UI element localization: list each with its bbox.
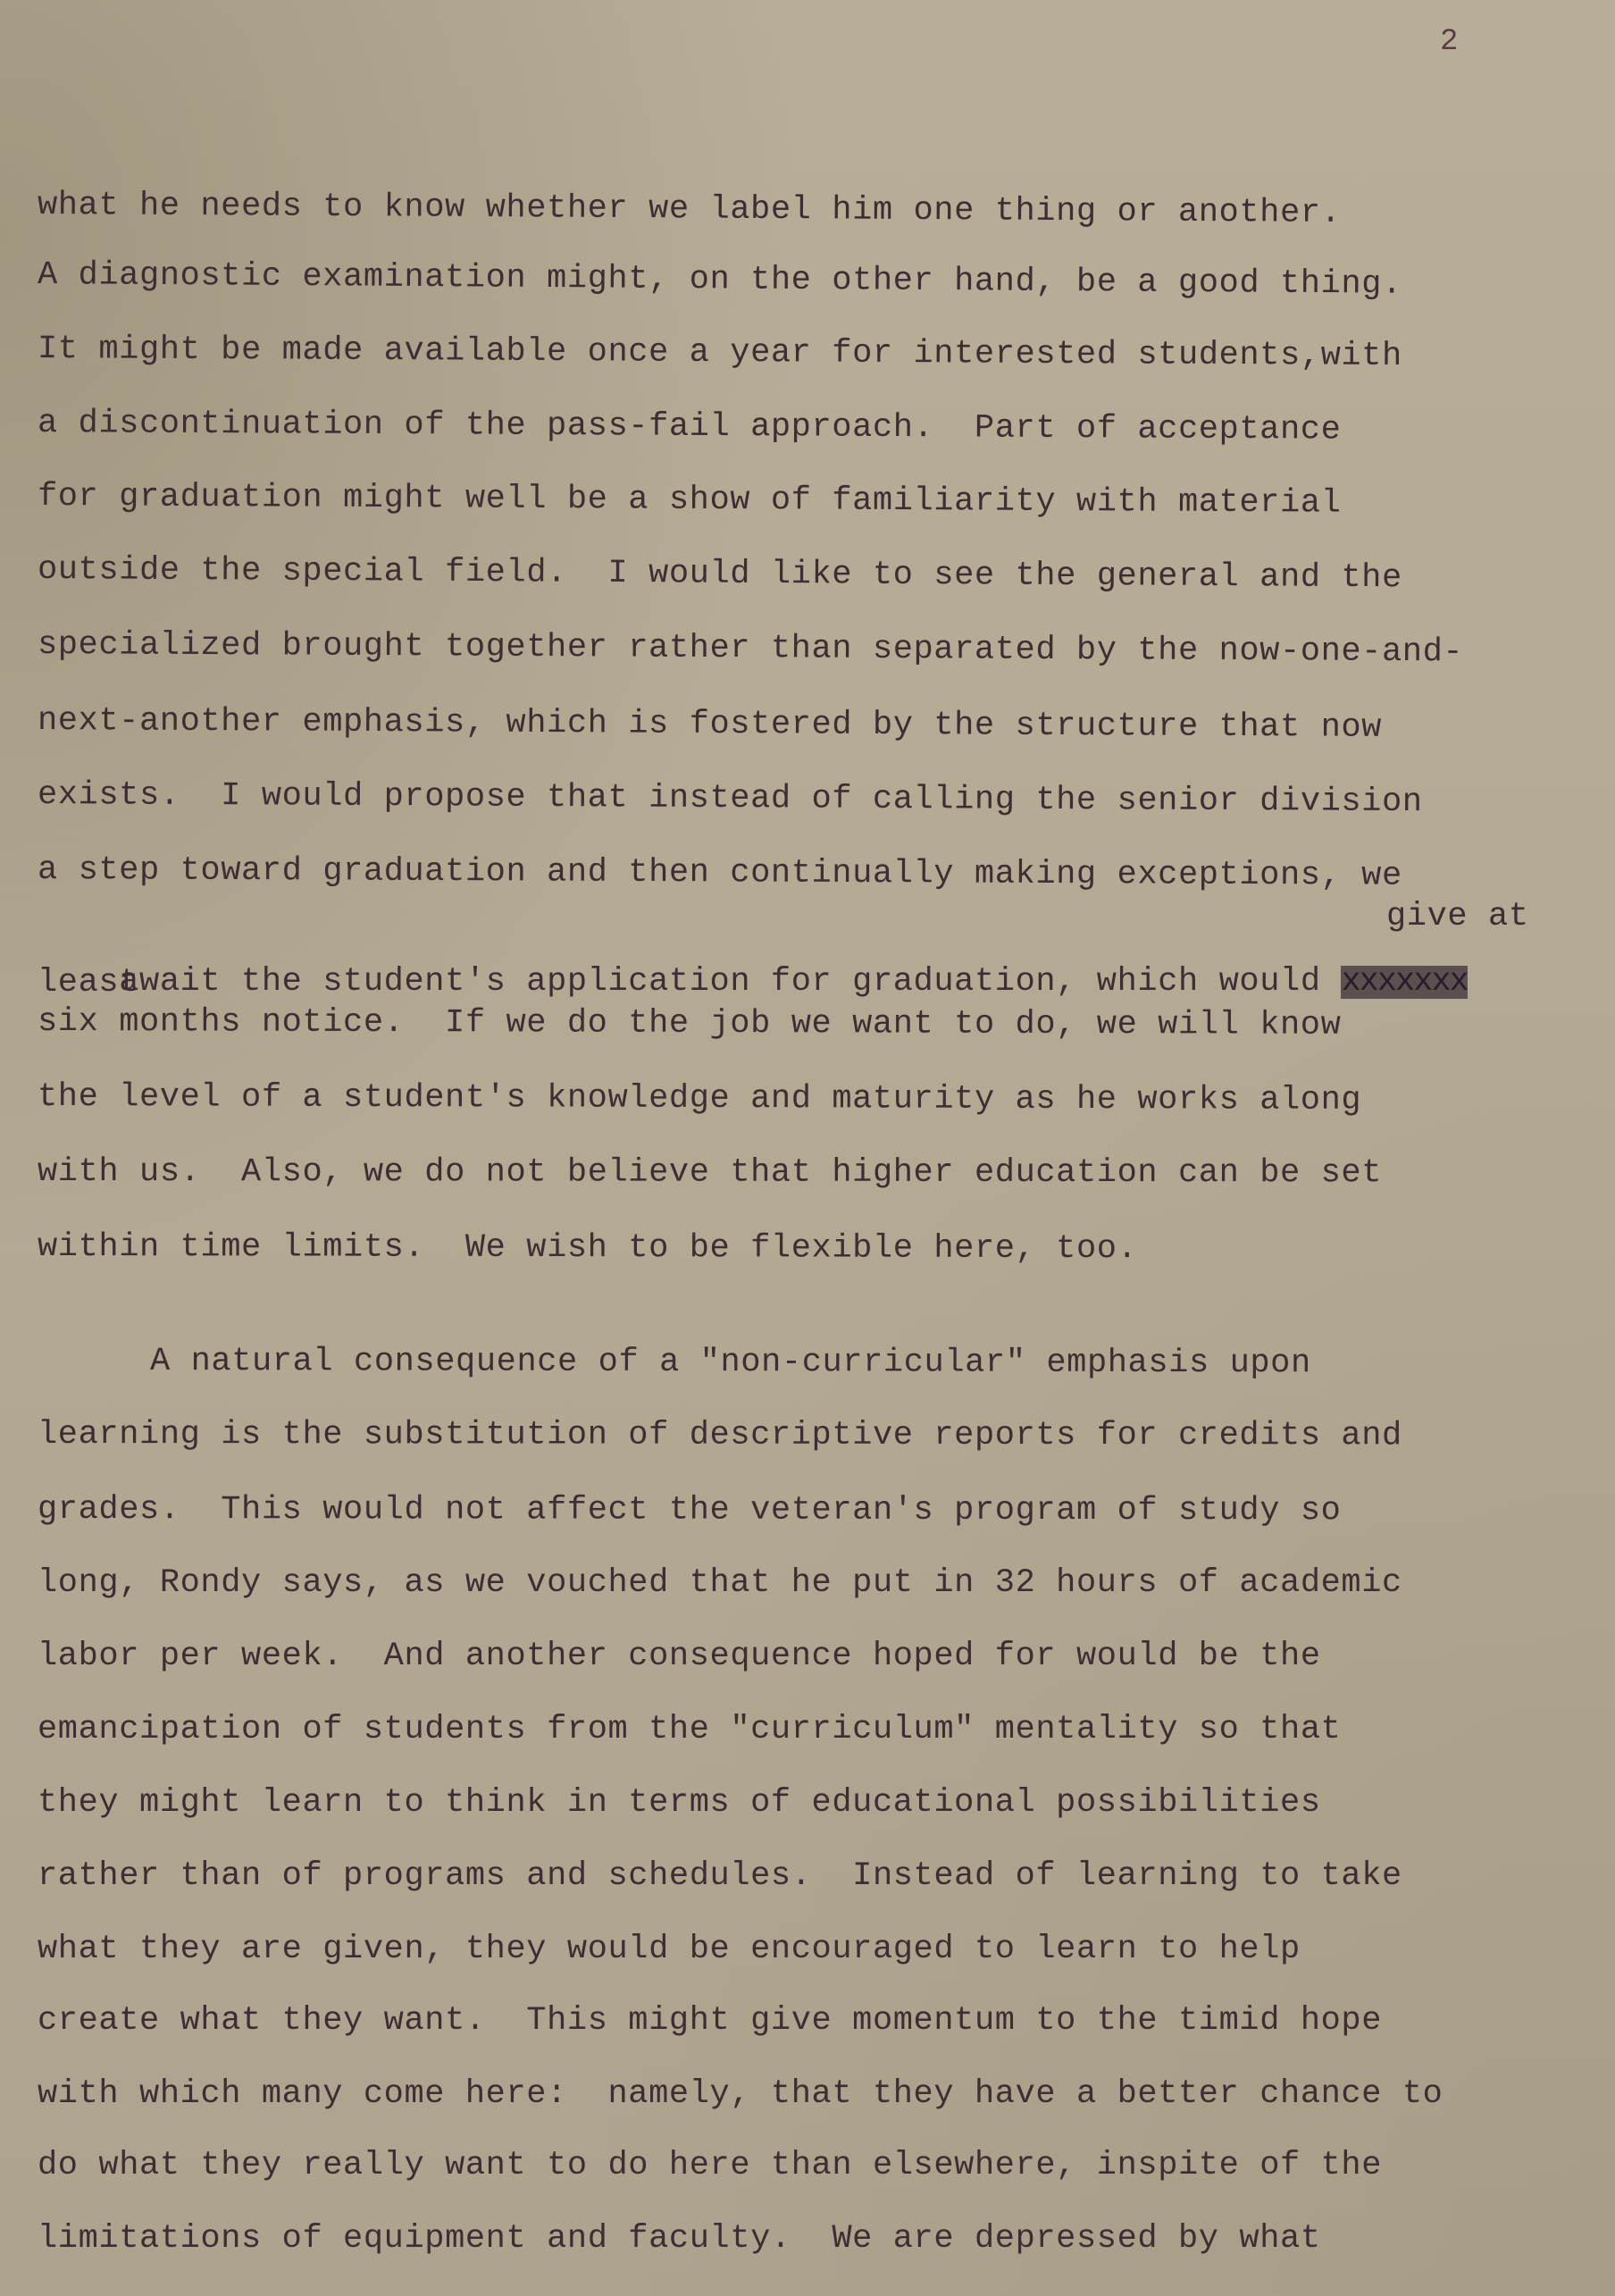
text-line: rather than of programs and schedules. I… xyxy=(38,1860,1402,1893)
text-line: do what they really want to do here than… xyxy=(38,2149,1382,2183)
text-line: six months notice. If we do the job we w… xyxy=(38,1006,1342,1043)
text-line: A natural consequence of a "non-curricul… xyxy=(150,1345,1311,1380)
text-line: a discontinuation of the pass-fail appro… xyxy=(38,407,1342,448)
text-line: what they are given, they would be encou… xyxy=(38,1933,1301,1966)
text-line: a step toward graduation and then contin… xyxy=(38,854,1402,893)
inserted-text-below: least xyxy=(38,967,139,1000)
text-line: within time limits. We wish to be flexib… xyxy=(38,1231,1137,1266)
text-line: limitations of equipment and faculty. We… xyxy=(38,2223,1321,2256)
typewritten-page: 2 what he needs to know whether we label… xyxy=(0,0,1615,2296)
text-line: for graduation might well be a show of f… xyxy=(38,481,1342,521)
text-line: outside the special field. I would like … xyxy=(38,554,1402,595)
text-line: long, Rondy says, as we vouched that he … xyxy=(38,1567,1402,1600)
text-line: specialized brought together rather than… xyxy=(38,629,1463,669)
text-line: It might be made available once a year f… xyxy=(38,333,1402,373)
text-line: create what they want. This might give m… xyxy=(38,2005,1382,2038)
text-line: with us. Also, we do not believe that hi… xyxy=(38,1156,1382,1190)
text-line: next-another emphasis, which is fostered… xyxy=(38,705,1382,745)
struck-out-text: xxxxxxx xyxy=(1341,966,1467,999)
text-segment: await the student's application for grad… xyxy=(119,963,1341,1001)
text-line: A diagnostic examination might, on the o… xyxy=(38,259,1402,302)
text-line: with which many come here: namely, that … xyxy=(38,2078,1443,2111)
text-line: they might learn to think in terms of ed… xyxy=(38,1787,1321,1820)
page-number: 2 xyxy=(1440,25,1458,59)
text-line: what he needs to know whether we label h… xyxy=(38,189,1342,230)
text-line: learning is the substitution of descript… xyxy=(38,1419,1402,1453)
text-line: grades. This would not affect the vetera… xyxy=(38,1494,1341,1528)
text-line: emancipation of students from the "curri… xyxy=(38,1714,1341,1747)
inserted-text-above: give at xyxy=(1386,901,1529,934)
text-line: the level of a student's knowledge and m… xyxy=(38,1081,1361,1118)
text-line: exists. I would propose that instead of … xyxy=(38,779,1423,819)
text-line: labor per week. And another consequence … xyxy=(38,1640,1321,1673)
